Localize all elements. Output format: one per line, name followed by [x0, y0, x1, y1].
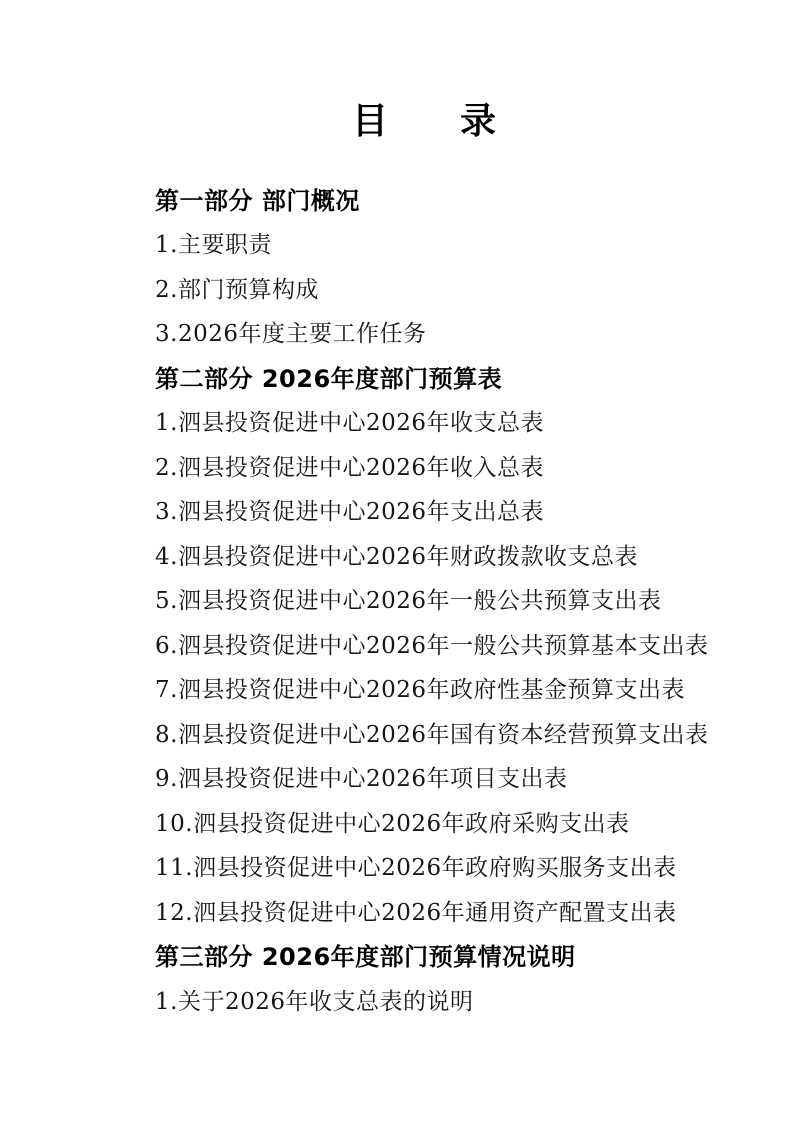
toc-item-text: 7.泗县投资促进中心2026年政府性基金预算支出表: [155, 671, 685, 704]
toc-item: 1.泗县投资促进中心2026年收支总表: [155, 399, 693, 444]
toc-item-text: 2.部门预算构成: [155, 271, 319, 304]
toc-item-text: 3.泗县投资促进中心2026年支出总表: [155, 493, 544, 526]
section-heading-text: 第二部分 2026年度部门预算表: [155, 359, 502, 394]
toc-item: 9.泗县投资促进中心2026年项目支出表: [155, 755, 693, 800]
toc-item-text: 5.泗县投资促进中心2026年一般公共预算支出表: [155, 582, 661, 615]
toc-item: 8.泗县投资促进中心2026年国有资本经营预算支出表: [155, 710, 693, 755]
section-heading: 第二部分 2026年度部门预算表: [155, 354, 693, 399]
toc-item-text: 8.泗县投资促进中心2026年国有资本经营预算支出表: [155, 716, 708, 749]
toc-item: 3.泗县投资促进中心2026年支出总表: [155, 488, 693, 533]
toc-item-text: 6.泗县投资促进中心2026年一般公共预算基本支出表: [155, 627, 708, 660]
toc-item: 5.泗县投资促进中心2026年一般公共预算支出表: [155, 577, 693, 622]
toc-item-text: 1.泗县投资促进中心2026年收支总表: [155, 404, 544, 437]
section-heading: 第三部分 2026年度部门预算情况说明: [155, 933, 693, 978]
toc-item-text: 1.关于2026年收支总表的说明: [155, 983, 473, 1016]
section-heading-text: 第一部分 部门概况: [155, 181, 360, 216]
toc-item: 4.泗县投资促进中心2026年财政拨款收支总表: [155, 532, 693, 577]
toc-item: 2.泗县投资促进中心2026年收入总表: [155, 443, 693, 488]
toc-item-text: 10.泗县投资促进中心2026年政府采购支出表: [155, 805, 630, 838]
toc-item: 1.主要职责: [155, 221, 693, 266]
toc-item: 3.2026年度主要工作任务: [155, 310, 693, 355]
toc-item-text: 3.2026年度主要工作任务: [155, 315, 426, 348]
toc-item-text: 12.泗县投资促进中心2026年通用资产配置支出表: [155, 894, 677, 927]
toc-item: 1.关于2026年收支总表的说明: [155, 977, 693, 1022]
toc-item: 7.泗县投资促进中心2026年政府性基金预算支出表: [155, 666, 693, 711]
toc-item-text: 2.泗县投资促进中心2026年收入总表: [155, 449, 544, 482]
toc-item: 11.泗县投资促进中心2026年政府购买服务支出表: [155, 844, 693, 889]
document-page: 目 录 第一部分 部门概况 1.主要职责 2.部门预算构成 3.2026年度主要…: [0, 0, 793, 1122]
toc-item-text: 4.泗县投资促进中心2026年财政拨款收支总表: [155, 538, 638, 571]
toc-list: 第一部分 部门概况 1.主要职责 2.部门预算构成 3.2026年度主要工作任务…: [155, 176, 693, 1022]
toc-item-text: 9.泗县投资促进中心2026年项目支出表: [155, 760, 567, 793]
section-heading-text: 第三部分 2026年度部门预算情况说明: [155, 937, 576, 972]
toc-item: 10.泗县投资促进中心2026年政府采购支出表: [155, 799, 693, 844]
toc-item: 6.泗县投资促进中心2026年一般公共预算基本支出表: [155, 621, 693, 666]
toc-item: 2.部门预算构成: [155, 265, 693, 310]
toc-item-text: 1.主要职责: [155, 226, 272, 259]
toc-item-text: 11.泗县投资促进中心2026年政府购买服务支出表: [155, 849, 677, 882]
toc-item: 12.泗县投资促进中心2026年通用资产配置支出表: [155, 888, 693, 933]
toc-title: 目 录: [155, 101, 693, 143]
section-heading: 第一部分 部门概况: [155, 176, 693, 221]
